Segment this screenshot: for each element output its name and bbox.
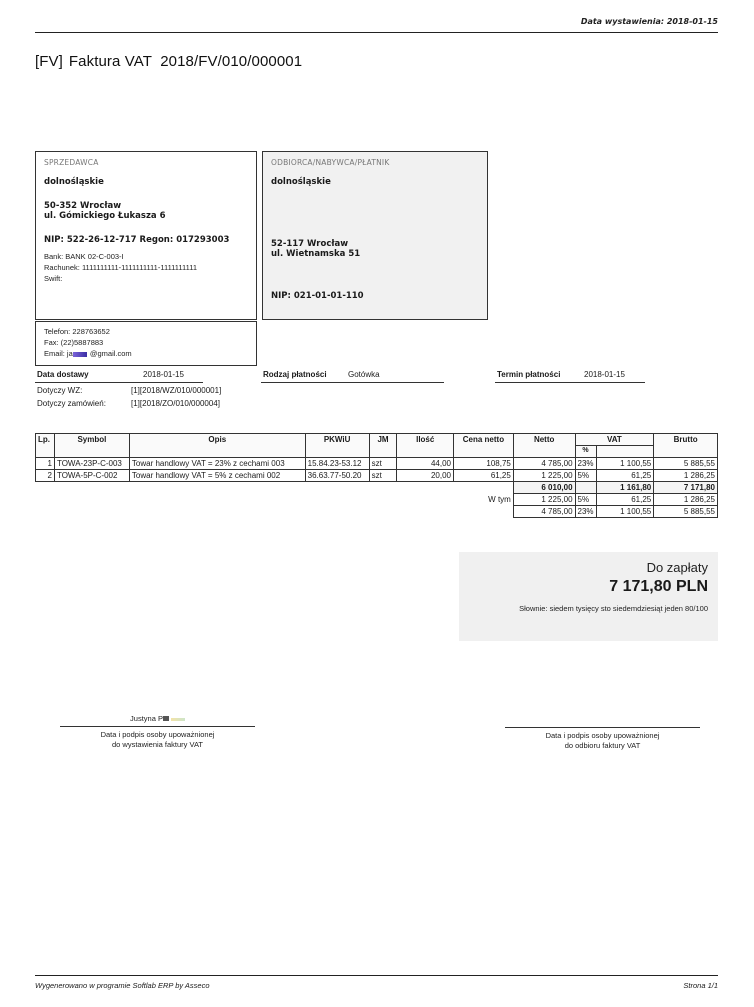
cell-ilosc: 44,00 xyxy=(397,458,454,470)
cell-cena-netto: 61,25 xyxy=(454,470,514,482)
breakdown-vat: 61,25 xyxy=(596,494,654,506)
signature-blob-icon xyxy=(171,718,185,721)
cell-symbol: TOWA-5P-C-002 xyxy=(54,470,129,482)
col-pkwiu: PKWiU xyxy=(305,434,369,458)
payment-due-underline xyxy=(495,382,645,383)
signature-mark-icon xyxy=(163,716,169,721)
orders-value: [1][2018/ZO/010/000004] xyxy=(131,399,220,408)
seller-account: Rachunek: 1111111111-1111111111-11111111… xyxy=(44,262,248,273)
email-prefix: Email: ja xyxy=(44,349,73,358)
col-vat-pct: % xyxy=(575,446,596,458)
col-lp: Lp. xyxy=(36,434,55,458)
totals-row: 6 010,00 1 161,80 7 171,80 xyxy=(36,482,718,494)
payment-type-underline xyxy=(261,382,444,383)
footer-page: Strona 1/1 xyxy=(683,981,718,990)
wz-value: [1][2018/WZ/010/000001] xyxy=(131,386,221,395)
items-table: Lp. Symbol Opis PKWiU JM Ilość Cena nett… xyxy=(35,433,718,518)
footer-generated: Wygenerowano w programie Softlab ERP by … xyxy=(35,981,210,990)
issuer-signature-line xyxy=(60,726,255,727)
total-vat-pct xyxy=(575,482,596,494)
payment-type-value: Gotówka xyxy=(348,370,380,379)
redacted-mark-icon xyxy=(73,352,87,357)
seller-bank: Bank: BANK 02-C-003-I xyxy=(44,251,248,262)
cell-cena-netto: 108,75 xyxy=(454,458,514,470)
seller-box: SPRZEDAWCA dolnośląskie 50-352 Wrocław u… xyxy=(35,151,257,320)
seller-street: ul. Gómickiego Łukasza 6 xyxy=(44,211,248,221)
doc-type-prefix: [FV] xyxy=(35,53,63,70)
cell-netto: 1 225,00 xyxy=(513,470,575,482)
col-ilosc: Ilość xyxy=(397,434,454,458)
cell-vat-pct: 23% xyxy=(575,458,596,470)
cell-jm: szt xyxy=(369,458,397,470)
buyer-box: ODBIORCA/NABYWCA/PŁATNIK dolnośląskie 52… xyxy=(262,151,488,320)
breakdown-brutto: 1 286,25 xyxy=(654,494,718,506)
seller-city: 50-352 Wrocław xyxy=(44,201,248,211)
buyer-label: ODBIORCA/NABYWCA/PŁATNIK xyxy=(271,158,479,167)
delivery-underline xyxy=(35,382,203,383)
seller-region: dolnośląskie xyxy=(44,177,248,187)
receiver-signature-line xyxy=(505,727,700,728)
receiver-caption-2: do odbioru faktury VAT xyxy=(505,741,700,751)
col-vat: VAT xyxy=(575,434,654,446)
cell-lp: 2 xyxy=(36,470,55,482)
contact-phone: Telefon: 228763652 xyxy=(44,326,248,337)
breakdown-netto: 4 785,00 xyxy=(513,506,575,518)
issuer-caption-1: Data i podpis osoby upoważnionej xyxy=(60,730,255,740)
col-vat-amount xyxy=(596,446,654,458)
col-symbol: Symbol xyxy=(54,434,129,458)
seller-swift: Swift: xyxy=(44,273,248,284)
total-brutto: 7 171,80 xyxy=(654,482,718,494)
delivery-date-value: 2018-01-15 xyxy=(143,370,184,379)
breakdown-brutto: 5 885,55 xyxy=(654,506,718,518)
payment-due-label: Termin płatności xyxy=(497,370,560,379)
cell-vat-pct: 5% xyxy=(575,470,596,482)
contact-fax: Fax: (22)5887883 xyxy=(44,337,248,348)
contact-box: Telefon: 228763652 Fax: (22)5887883 Emai… xyxy=(35,321,257,366)
buyer-region: dolnośląskie xyxy=(271,177,479,187)
payment-type-label: Rodzaj płatności xyxy=(263,370,327,379)
buyer-street: ul. Wietnamska 51 xyxy=(271,249,479,259)
cell-ilosc: 20,00 xyxy=(397,470,454,482)
breakdown-vat-pct: 23% xyxy=(575,506,596,518)
orders-label: Dotyczy zamówień: xyxy=(37,399,106,408)
cell-brutto: 1 286,25 xyxy=(654,470,718,482)
breakdown-netto: 1 225,00 xyxy=(513,494,575,506)
cell-jm: szt xyxy=(369,470,397,482)
col-jm: JM xyxy=(369,434,397,458)
issue-date: Data wystawienia: 2018-01-15 xyxy=(581,17,718,26)
cell-symbol: TOWA-23P-C-003 xyxy=(54,458,129,470)
receiver-signature: Data i podpis osoby upoważnionej do odbi… xyxy=(505,727,700,751)
col-netto: Netto xyxy=(513,434,575,458)
cell-lp: 1 xyxy=(36,458,55,470)
issuer-caption-2: do wystawienia faktury VAT xyxy=(60,740,255,750)
col-opis: Opis xyxy=(129,434,305,458)
total-netto: 6 010,00 xyxy=(513,482,575,494)
col-brutto: Brutto xyxy=(654,434,718,458)
breakdown-vat-pct: 5% xyxy=(575,494,596,506)
top-rule xyxy=(35,32,718,33)
cell-brutto: 5 885,55 xyxy=(654,458,718,470)
issuer-name: Justyna P xyxy=(60,714,255,724)
contact-email: Email: ja @gmail.com xyxy=(44,348,248,359)
payment-summary: Do zapłaty 7 171,80 PLN Słownie: siedem … xyxy=(459,552,718,641)
table-row: 2TOWA-5P-C-002Towar handlowy VAT = 5% z … xyxy=(36,470,718,482)
bottom-rule xyxy=(35,975,718,976)
cell-pkwiu: 15.84.23-53.12 xyxy=(305,458,369,470)
receiver-caption-1: Data i podpis osoby upoważnionej xyxy=(505,731,700,741)
buyer-nip: NIP: 021-01-01-110 xyxy=(271,291,479,301)
table-row: 1TOWA-23P-C-003Towar handlowy VAT = 23% … xyxy=(36,458,718,470)
cell-vat: 61,25 xyxy=(596,470,654,482)
cell-netto: 4 785,00 xyxy=(513,458,575,470)
cell-opis: Towar handlowy VAT = 5% z cechami 002 xyxy=(129,470,305,482)
col-cena-netto: Cena netto xyxy=(454,434,514,458)
page-title: [FV]Faktura VAT 2018/FV/010/000001 xyxy=(35,53,302,70)
cell-pkwiu: 36.63.77-50.20 xyxy=(305,470,369,482)
buyer-city: 52-117 Wrocław xyxy=(271,239,479,249)
breakdown-vat: 1 100,55 xyxy=(596,506,654,518)
breakdown-row: W tym 1 225,00 5% 61,25 1 286,25 xyxy=(36,494,718,506)
total-vat: 1 161,80 xyxy=(596,482,654,494)
payment-title: Do zapłaty xyxy=(469,560,708,575)
payment-in-words: Słownie: siedem tysięcy sto siedemdziesi… xyxy=(469,604,708,613)
doc-number: Faktura VAT 2018/FV/010/000001 xyxy=(69,53,302,70)
cell-vat: 1 100,55 xyxy=(596,458,654,470)
breakdown-row: 4 785,00 23% 1 100,55 5 885,55 xyxy=(36,506,718,518)
wz-label: Dotyczy WZ: xyxy=(37,386,82,395)
breakdown-label: W tym xyxy=(36,494,514,506)
delivery-date-label: Data dostawy xyxy=(37,370,89,379)
payment-due-value: 2018-01-15 xyxy=(584,370,625,379)
seller-label: SPRZEDAWCA xyxy=(44,158,248,167)
cell-opis: Towar handlowy VAT = 23% z cechami 003 xyxy=(129,458,305,470)
email-suffix: @gmail.com xyxy=(90,349,132,358)
payment-amount: 7 171,80 PLN xyxy=(469,578,708,596)
issuer-signature: Justyna P Data i podpis osoby upoważnion… xyxy=(60,714,255,750)
seller-ids: NIP: 522-26-12-717 Regon: 017293003 xyxy=(44,235,248,245)
